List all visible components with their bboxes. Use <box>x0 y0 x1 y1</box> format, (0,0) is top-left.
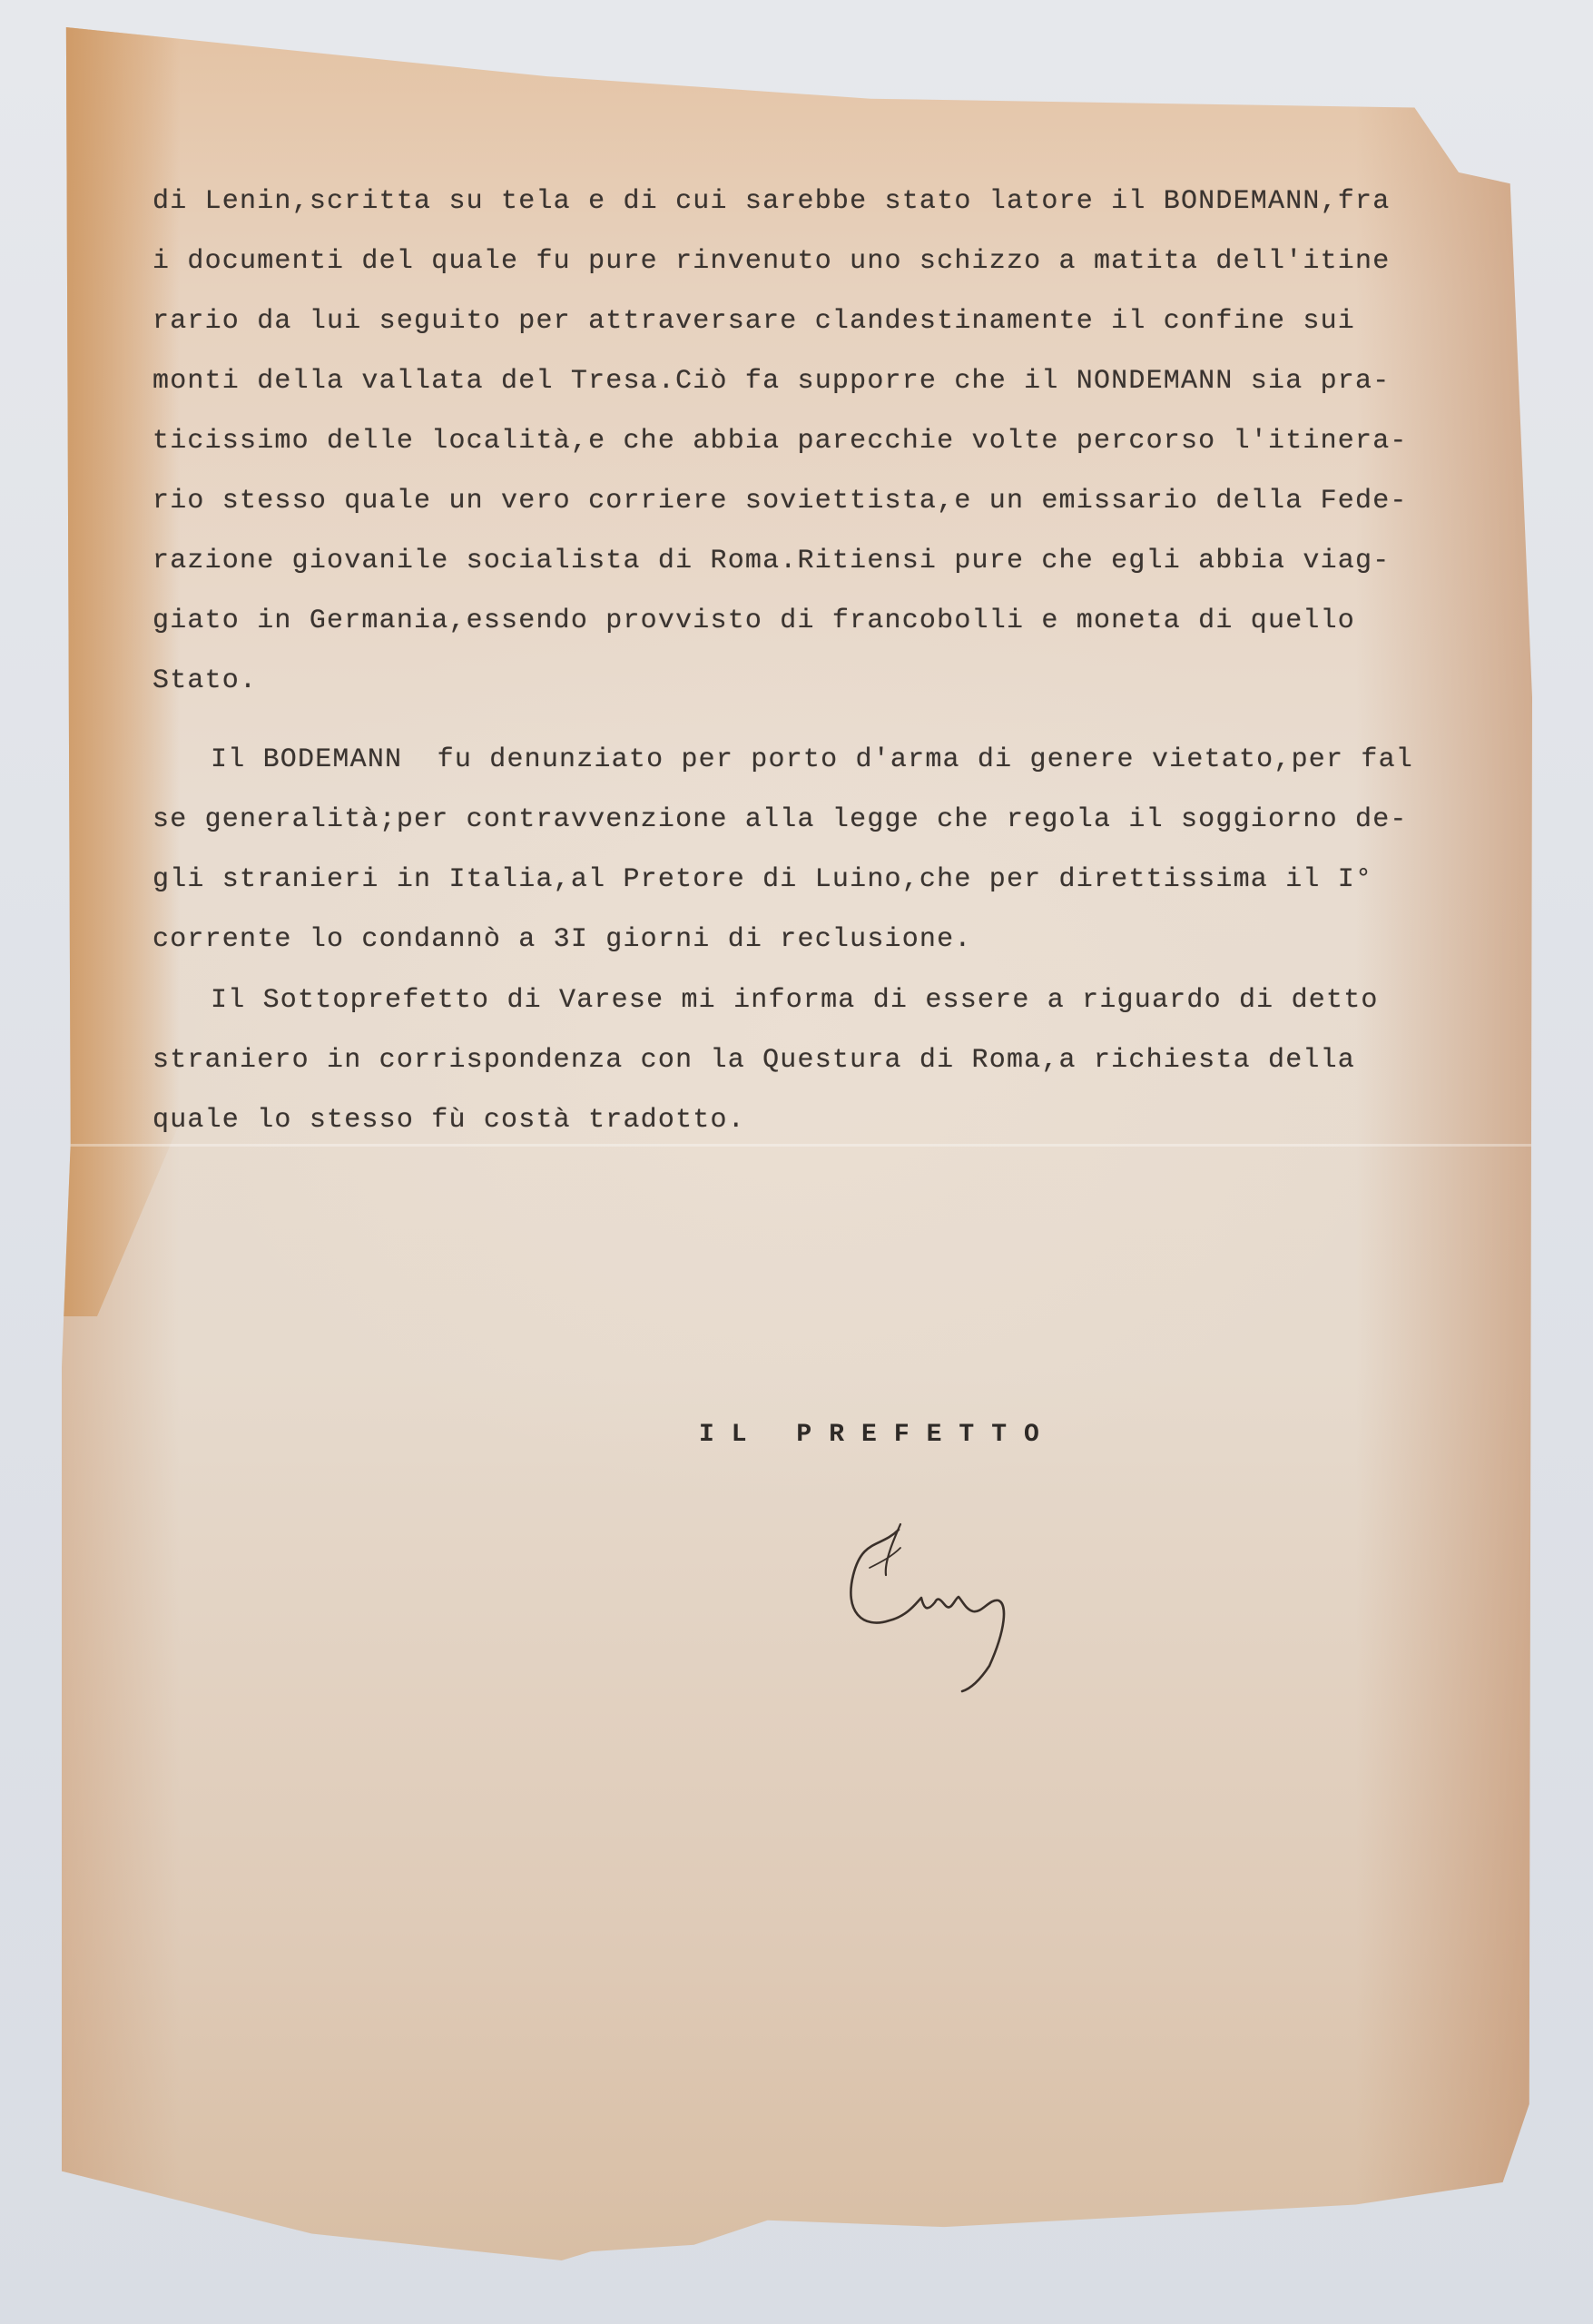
text-line: straniero in corrispondenza con la Quest… <box>152 1045 1355 1076</box>
text-line: corrente lo condannò a 3I giorni di recl… <box>152 924 972 955</box>
text-line: di Lenin,scritta su tela e di cui sarebb… <box>152 186 1390 217</box>
text-line: quale lo stesso fù costà tradotto. <box>152 1105 745 1136</box>
text-line: giato in Germania,essendo provvisto di f… <box>152 606 1355 636</box>
text-line: Il BODEMANN fu denunziato per porto d'ar… <box>211 744 1413 775</box>
text-line: Stato. <box>152 665 257 696</box>
text-line: monti della vallata del Tresa.Ciò fa sup… <box>152 366 1390 397</box>
text-line: ticissimo delle località,e che abbia par… <box>152 426 1408 457</box>
text-line: se generalità;per contravvenzione alla l… <box>152 804 1408 835</box>
text-line: razione giovanile socialista di Roma.Rit… <box>152 546 1390 576</box>
paper-fold <box>62 1144 1532 1147</box>
text-line: rio stesso quale un vero corriere soviet… <box>152 486 1408 517</box>
text-line: Il Sottoprefetto di Varese mi informa di… <box>211 985 1379 1016</box>
signature-block: IL PREFETTO <box>699 1421 1057 1449</box>
signature-title: IL PREFETTO <box>699 1421 1057 1449</box>
text-line: gli stranieri in Italia,al Pretore di Lu… <box>152 864 1372 895</box>
text-line: rario da lui seguito per attraversare cl… <box>152 306 1355 337</box>
signature-mark <box>844 1512 1044 1693</box>
document-page <box>62 27 1532 2260</box>
text-line: i documenti del quale fu pure rinvenuto … <box>152 246 1390 277</box>
